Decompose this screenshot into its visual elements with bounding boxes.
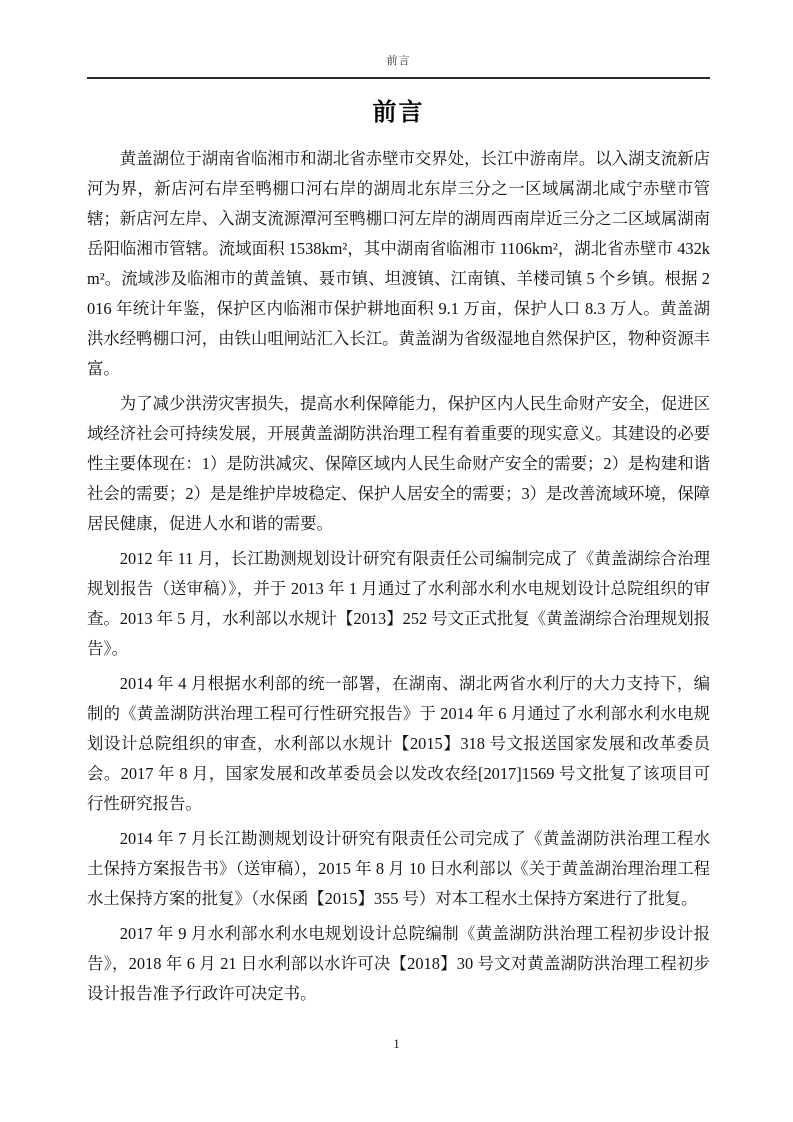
header-rule (87, 77, 710, 79)
document-body: 黄盖湖位于湖南省临湘市和湖北省赤壁市交界处，长江中游南岸。以入湖支流新店河为界，… (87, 144, 710, 1009)
page-number: 1 (0, 1036, 793, 1052)
document-page: 前言 前言 黄盖湖位于湖南省临湘市和湖北省赤壁市交界处，长江中游南岸。以入湖支流… (0, 0, 793, 1122)
paragraph-overview: 黄盖湖位于湖南省临湘市和湖北省赤壁市交界处，长江中游南岸。以入湖支流新店河为界，… (87, 144, 710, 384)
paragraph-2014-soil-water-plan: 2014 年 7 月长江勘测规划设计研究有限责任公司完成了《黄盖湖防洪治理工程水… (87, 824, 710, 914)
paragraph-necessity: 为了减少洪涝灾害损失，提高水利保障能力，保护区内人民生命财产安全，促进区域经济社… (87, 389, 710, 539)
document-title: 前言 (87, 92, 710, 127)
paragraph-2012-planning-report: 2012 年 11 月，长江勘测规划设计研究有限责任公司编制完成了《黄盖湖综合治… (87, 544, 710, 664)
running-header: 前言 (87, 0, 710, 68)
paragraph-2017-preliminary-design: 2017 年 9 月水利部水利水电规划设计总院编制《黄盖湖防洪治理工程初步设计报… (87, 919, 710, 1009)
paragraph-2014-feasibility-report: 2014 年 4 月根据水利部的统一部署，在湖南、湖北两省水利厅的大力支持下，编… (87, 669, 710, 819)
